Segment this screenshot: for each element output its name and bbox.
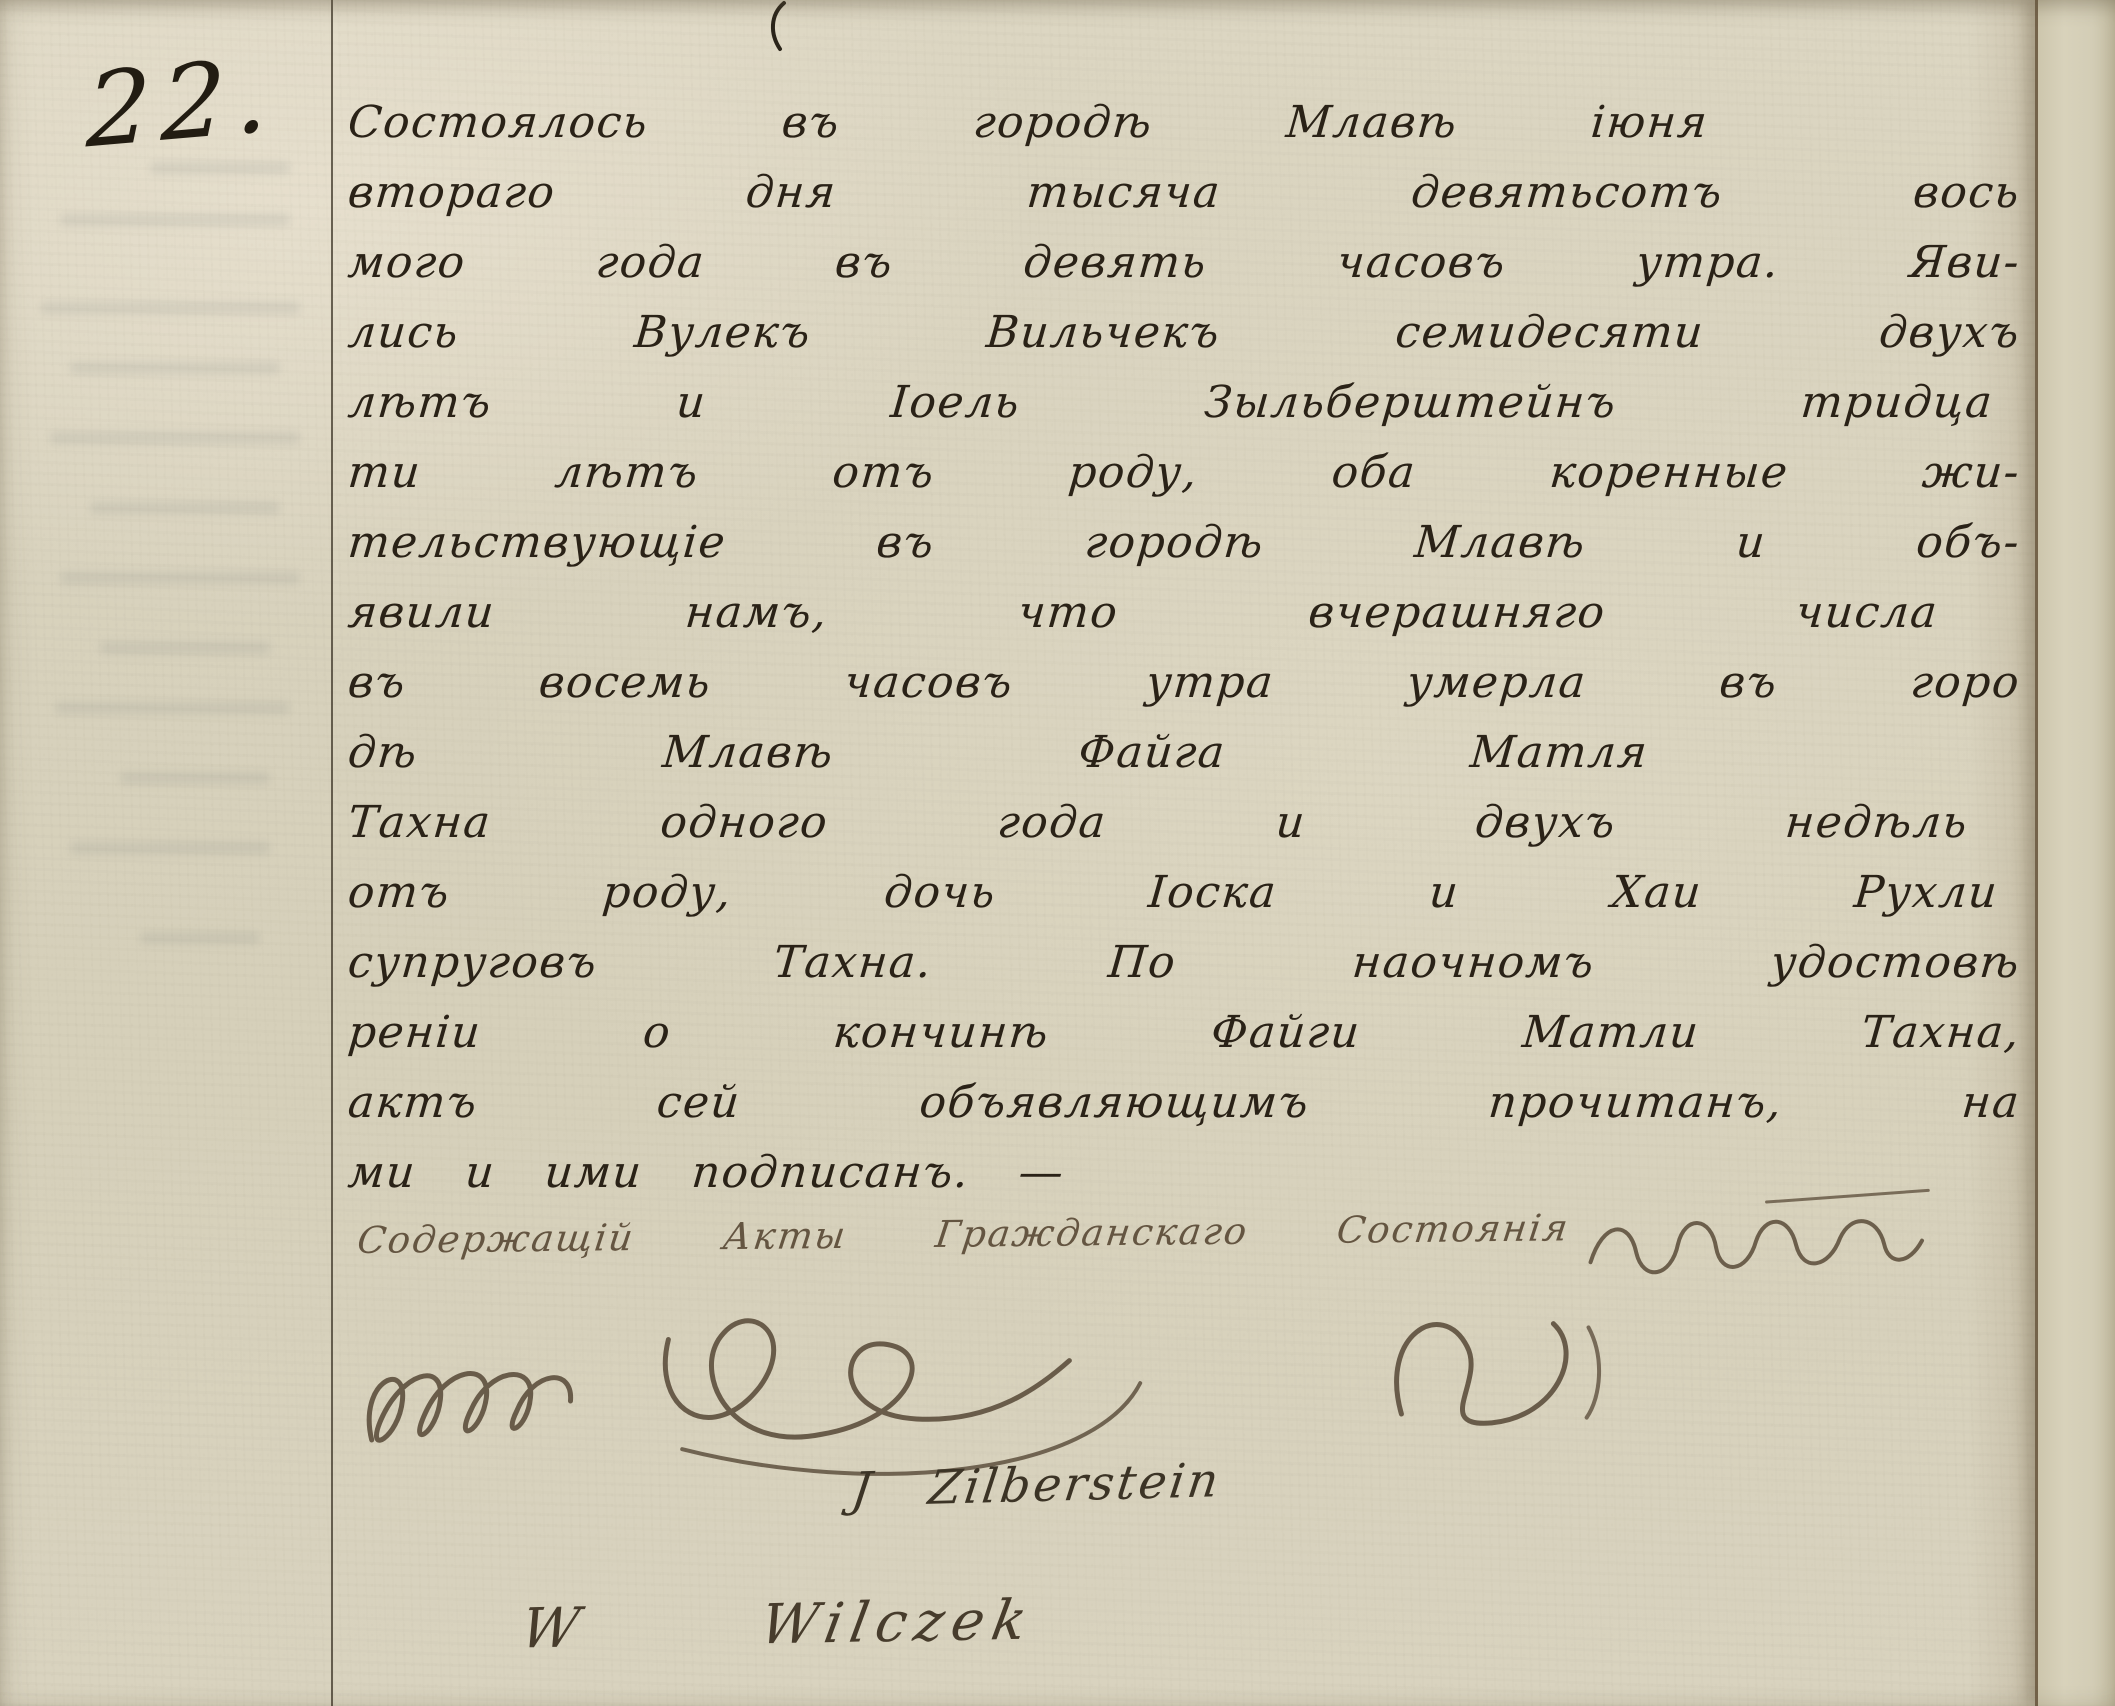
ink-bleedthrough (100, 642, 270, 654)
ink-bleedthrough (70, 842, 270, 854)
body-line: явили намъ, что вчерашняго числа (345, 578, 1941, 648)
ink-bleedthrough (140, 932, 260, 944)
body-line: реніи о кончинѣ Файги Матли Тахна, (345, 998, 2023, 1068)
act-body-text: Состоялось въ городѣ Млавѣ іюня втораго … (345, 88, 2017, 1208)
body-line: отъ роду, дочь Іоска и Хаи Рухли (345, 858, 2001, 928)
ink-bleedthrough (55, 702, 290, 714)
act-number: 22. (85, 35, 279, 171)
ink-bleedthrough (50, 432, 300, 444)
stray-pen-mark (762, 0, 802, 56)
witness-signature-zilberstein: JZilberstein (848, 1453, 1224, 1518)
body-line: мого года въ девять часовъ утра. Яви- (345, 228, 2023, 298)
body-line: Тахна одного года и двухъ недѣль (345, 788, 1971, 858)
body-line: ти лѣтъ отъ роду, оба коренные жи- (345, 438, 2023, 508)
adjacent-page-edge (2035, 0, 2115, 1706)
margin-rule-line (331, 0, 333, 1706)
body-line: тельствующіе въ городѣ Млавѣ и объ- (345, 508, 2023, 578)
signature-initial: W (516, 1595, 592, 1660)
body-line-deceased-name: дѣ Млавѣ Файга Матля (345, 718, 1651, 788)
ink-bleedthrough (60, 214, 290, 226)
body-line: Состоялось въ городѣ Млавѣ іюня (345, 88, 1711, 158)
body-line: лись Вулекъ Вильчекъ семидесяти двухъ (345, 298, 2023, 368)
registry-page-scan: 22. Состоялось въ городѣ Млавѣ іюня втор… (0, 0, 2115, 1706)
witness-signature-wilczek: WWilczek (516, 1587, 1039, 1660)
body-line: супруговъ Тахна. По наочномъ удостовѣ (345, 928, 2023, 998)
body-line: актъ сей объявляющимъ прочитанъ, на (345, 1068, 2023, 1138)
body-line: въ восемь часовъ утра умерла въ горо (345, 648, 2023, 718)
ink-bleedthrough (90, 502, 280, 514)
body-line: втораго дня тысяча девятьсотъ вось (345, 158, 2023, 228)
ink-bleedthrough (70, 362, 280, 374)
ink-bleedthrough (40, 302, 300, 314)
signature-name: Wilczek (756, 1587, 1040, 1656)
body-line: лѣтъ и Іоель Зыльберштейнъ тридца (345, 368, 1996, 438)
ink-bleedthrough (60, 572, 300, 584)
signature-name: Zilberstein (925, 1453, 1224, 1516)
ink-bleedthrough (120, 772, 270, 784)
